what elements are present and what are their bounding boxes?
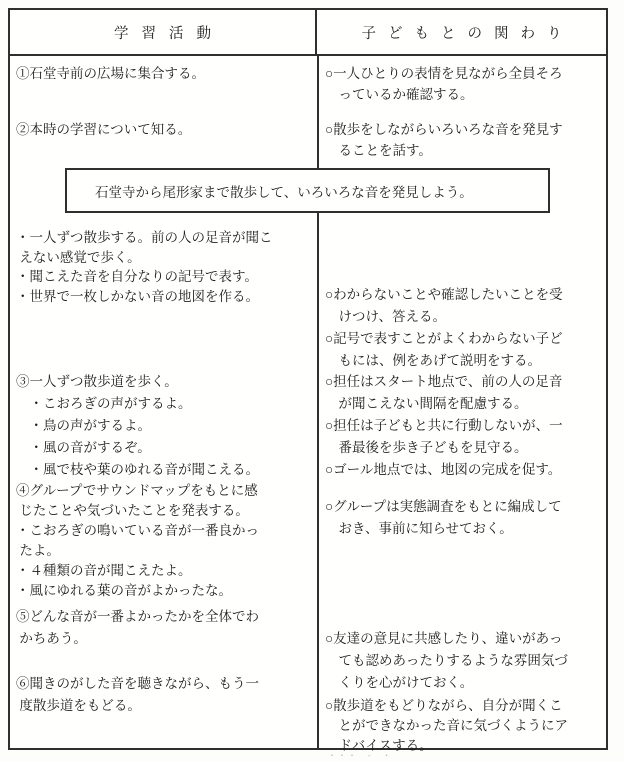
note-start-goal-supervision: ○担任はスタート地点で、前の人の足音 が聞こえない間隔を配慮する。 ○担任は子ど… xyxy=(325,371,607,481)
table-body: 石堂寺から尾形家まで散歩して、いろいろな音を発見しよう。 ①石堂寺前の広場に集合… xyxy=(10,56,606,748)
note-group-formation: ○グループは実態調査をもとに編成して おき、事前に知らせておく。 xyxy=(325,496,607,540)
scan-artifact-marks: ･･･ ‐ ･ xyxy=(330,750,395,761)
activity-2-learn-about-lesson: ②本時の学習について知る。 xyxy=(16,119,312,141)
lesson-plan-table: 学習活動 子どもとの関わり 石堂寺から尾形家まで散歩して、いろいろな音を発見しよ… xyxy=(8,8,608,750)
header-learning-activities: 学習活動 xyxy=(10,10,317,54)
lesson-goal-box: 石堂寺から尾形家まで散歩して、いろいろな音を発見しよう。 xyxy=(65,168,550,213)
table-header-row: 学習活動 子どもとの関わり xyxy=(10,10,606,56)
activity-3-walk-path: ③一人ずつ散歩道を歩く。 ・こおろぎの声がするよ。 ・鳥の声がするよ。 ・風の音… xyxy=(16,371,312,481)
activity-6-walk-back: ⑥聞きのがした音を聴きながら、もう一 度散歩道をもどる。 xyxy=(16,673,312,717)
note-explain-sound-discovery: ○散歩をしながらいろいろな音を発見す ることを話す。 xyxy=(325,119,607,161)
note-advice-on-return-walk: ○散歩道をもどりながら、自分が聞くこ とができなかった音に気づくようにア ドバイ… xyxy=(325,696,607,756)
activity-1-gather-at-plaza: ①石堂寺前の広場に集合する。 xyxy=(16,63,312,85)
note-check-all-present: ○一人ひとりの表情を見ながら全員そろ っているか確認する。 xyxy=(325,63,607,105)
header-child-involvement: 子どもとの関わり xyxy=(317,10,606,54)
activity-walk-instructions-bullets: ・一人ずつ散歩する。前の人の足音が聞こ えない感覚で歩く。 ・聞こえた音を自分な… xyxy=(16,228,312,306)
column-divider xyxy=(317,56,319,748)
activity-4-group-soundmap-presentation: ④グループでサウンドマップをもとに感 じたことや気づいたことを発表する。 ・こお… xyxy=(16,481,312,601)
activity-5-share-best-sound: ⑤どんな音が一番よかったかを全体でわ かちあう。 xyxy=(16,606,312,650)
note-answer-questions: ○わからないことや確認したいことを受 けつけ、答える。 ○記号で表すことがよくわ… xyxy=(325,284,607,372)
note-empathy-atmosphere: ○友達の意見に共感したり、違いがあっ ても認めあったりするような雰囲気づ くりを… xyxy=(325,628,607,694)
